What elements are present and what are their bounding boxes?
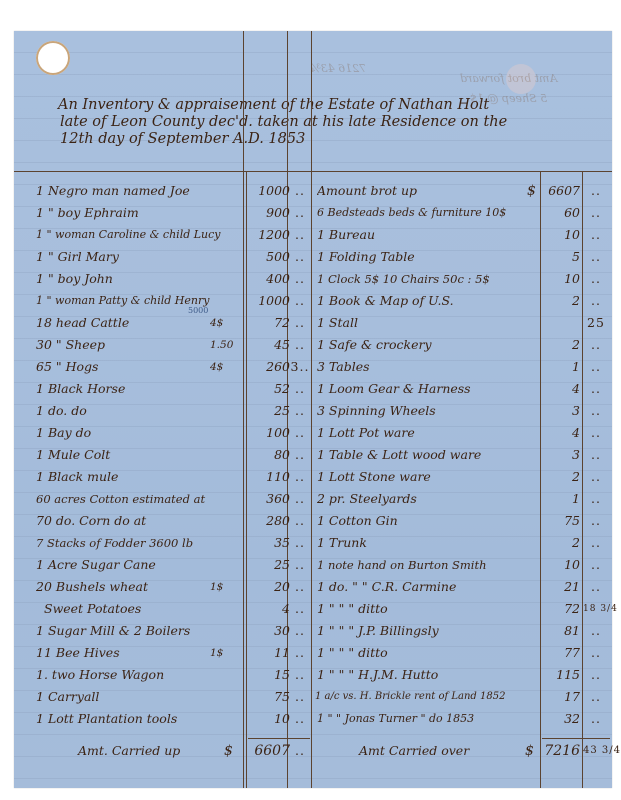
left-row: 1 Mule Colt 80 ..: [14, 444, 311, 466]
item-cents: ..: [290, 576, 310, 598]
qty: 60: [36, 492, 51, 506]
item-value: 4: [246, 598, 290, 620]
item-cents: ..: [290, 532, 310, 554]
item-description: " boy John: [48, 271, 113, 286]
qty: 1: [36, 228, 43, 241]
item-cents: ..: [290, 620, 310, 642]
item-rate: 1.50: [210, 334, 233, 356]
left-row: 1 " boy Ephraim 900 ..: [14, 202, 311, 224]
item-cents: ..: [583, 532, 609, 554]
left-row: 1 Sugar Mill & 2 Boilers 30 ..: [14, 620, 311, 642]
item-value: 360: [246, 488, 290, 510]
item-value: 52: [246, 378, 290, 400]
right-row: 1 Stall 25: [311, 312, 612, 334]
item-cents: ..: [583, 708, 609, 730]
item-value: 25: [246, 400, 290, 422]
left-row: 1 Black Horse 52 ..: [14, 378, 311, 400]
item-value: 5: [540, 246, 580, 268]
item-cents: ..: [583, 664, 609, 686]
item-description: " boy Ephraim: [48, 205, 139, 220]
item-value: 10: [540, 268, 580, 290]
right-row: 1 " " " J.P. Billingsly 81 ..: [311, 620, 612, 642]
item-value: 2: [540, 532, 580, 554]
right-row: 1 Bureau 10 ..: [311, 224, 612, 246]
item-value: 21: [540, 576, 580, 598]
right-row: 1 Loom Gear & Harness 4 ..: [311, 378, 612, 400]
item-cents: ..: [583, 576, 609, 598]
left-row: 7 Stacks of Fodder 3600 lb 35 ..: [14, 532, 311, 554]
item-description: Carryall: [48, 689, 99, 704]
item-description: Lott Plantation tools: [48, 711, 177, 726]
item-cents: ..: [583, 466, 609, 488]
left-row: 18 head Cattle 4$ 72 ..: [14, 312, 311, 334]
item-value: 17: [540, 686, 580, 708]
item-cents: ..: [290, 378, 310, 400]
item-cents: ..: [290, 334, 310, 356]
right-row: 1 Safe & crockery 2 ..: [311, 334, 612, 356]
right-row: Amount brot up $ 6607 ..: [311, 180, 612, 202]
right-row: 1 a/c vs. H. Brickle rent of Land 1852 1…: [311, 686, 612, 708]
item-rate: 4$: [210, 356, 223, 378]
right-row: 3 Tables 1 ..: [311, 356, 612, 378]
item-value: 2: [540, 466, 580, 488]
item-description: 1 Lott Pot ware: [317, 422, 539, 444]
item-value: 25: [246, 554, 290, 576]
item-value: 75: [540, 510, 580, 532]
right-row: 1 " " " ditto 77 ..: [311, 642, 612, 664]
item-description: 1 " " " ditto: [317, 642, 539, 664]
item-cents: 25: [583, 312, 609, 334]
item-cents: ..: [583, 246, 609, 268]
item-cents: ..: [290, 290, 310, 312]
item-value: 72: [540, 598, 580, 620]
right-row: 1 " " " ditto 72 18 3/4: [311, 598, 612, 620]
left-row: 20 Bushels wheat 1$ 20 ..: [14, 576, 311, 598]
item-cents: ..: [583, 356, 609, 378]
item-description: Stacks of Fodder 3600 lb: [47, 536, 193, 550]
qty: 1: [36, 183, 44, 198]
right-total-row: Amt Carried over $ 7216 43 3/4: [311, 740, 612, 762]
dollar-sign: $: [224, 740, 233, 762]
left-row: 1 Negro man named Joe 1000 ..: [14, 180, 311, 202]
item-value: 20: [246, 576, 290, 598]
item-cents: ..: [290, 422, 310, 444]
qty: 1: [36, 557, 44, 572]
item-cents: ..: [290, 510, 310, 532]
item-value: 11: [246, 642, 290, 664]
item-cents: ..: [583, 510, 609, 532]
item-cents: ..: [290, 224, 310, 246]
qty: 1: [36, 425, 44, 440]
qty: 1: [36, 623, 44, 638]
item-value: 280: [246, 510, 290, 532]
item-value: 10: [540, 224, 580, 246]
qty: 65: [36, 359, 52, 374]
right-row: 6 Bedsteads beds & furniture 10$ 60 ..: [311, 202, 612, 224]
left-total-row: Amt. Carried up $ 6607 ..: [14, 740, 311, 762]
item-cents: ..: [583, 400, 609, 422]
left-row: 65 " Hogs 4$ 260 3..: [14, 356, 311, 378]
item-value: 2: [540, 334, 580, 356]
item-cents: ..: [290, 488, 310, 510]
item-description: 1 Bureau: [317, 224, 539, 246]
item-description: 3 Spinning Wheels: [317, 400, 539, 422]
qty: 1: [36, 469, 44, 484]
left-row: 1 " boy John 400 ..: [14, 268, 311, 290]
item-description: 1 Folding Table: [317, 246, 539, 268]
left-row: 1 Bay do 100 ..: [14, 422, 311, 444]
item-value: 10: [246, 708, 290, 730]
item-value: 72: [246, 312, 290, 334]
item-value: 1200: [246, 224, 290, 246]
right-row: 1 Clock 5$ 10 Chairs 50c : 5$ 10 ..: [311, 268, 612, 290]
item-description: Black mule: [48, 469, 118, 484]
item-description: 1 a/c vs. H. Brickle rent of Land 1852: [315, 686, 541, 708]
item-cents: ..: [583, 444, 609, 466]
item-value: 1: [540, 356, 580, 378]
left-row: 1 " Girl Mary 500 ..: [14, 246, 311, 268]
item-cents: ..: [290, 642, 310, 664]
item-description: 1 Book & Map of U.S.: [317, 290, 539, 312]
left-row: 30 " Sheep 1.50 45 ..: [14, 334, 311, 356]
item-description: 2 pr. Steelyards: [317, 488, 539, 510]
item-description: Negro man named Joe: [48, 183, 190, 198]
qty: 7: [36, 536, 43, 550]
item-description: 1 Cotton Gin: [317, 510, 539, 532]
item-value: 10: [540, 554, 580, 576]
item-cents: ..: [583, 180, 609, 202]
item-cents: ..: [290, 312, 310, 334]
item-value: 1000: [246, 180, 290, 202]
item-description: 1 Trunk: [317, 532, 539, 554]
item-cents: ..: [290, 554, 310, 576]
left-row: Sweet Potatoes 4 ..: [14, 598, 311, 620]
right-row: 1 note hand on Burton Smith 10 ..: [311, 554, 612, 576]
right-row: 1 " " " H.J.M. Hutto 115 ..: [311, 664, 612, 686]
item-value: 2: [540, 290, 580, 312]
item-cents: ..: [290, 202, 310, 224]
item-value: 75: [246, 686, 290, 708]
qty: 30: [36, 337, 52, 352]
qty: 70: [36, 513, 52, 528]
item-description: Sweet Potatoes: [44, 601, 141, 616]
document-title: An Inventory & appraisement of the Estat…: [58, 97, 578, 148]
qty: 20: [36, 579, 52, 594]
title-line-3: 12th day of September A.D. 1853: [58, 131, 578, 148]
qty: 18: [36, 315, 52, 330]
item-cents: 18 3/4: [583, 598, 609, 620]
right-row: 1 Lott Stone ware 2 ..: [311, 466, 612, 488]
item-rate: 1$: [210, 642, 223, 664]
item-value: 6607: [540, 180, 580, 202]
total-label: Amt Carried over: [359, 740, 469, 762]
qty: 1: [36, 403, 44, 418]
item-description: " Girl Mary: [48, 249, 119, 264]
punch-hole: [36, 41, 70, 75]
item-cents: ..: [290, 686, 310, 708]
item-description: do. Corn do at: [56, 513, 146, 528]
qty: 1: [36, 294, 43, 307]
item-cents: ..: [583, 620, 609, 642]
item-cents: 3..: [290, 356, 310, 378]
item-value: 260: [246, 356, 290, 378]
left-row: 1 " woman Caroline & child Lucy 1200 ..: [14, 224, 311, 246]
item-value: 3: [540, 444, 580, 466]
item-cents: ..: [583, 268, 609, 290]
left-row: 1 do. do 25 ..: [14, 400, 311, 422]
item-cents: ..: [290, 664, 310, 686]
item-description: Mule Colt: [48, 447, 110, 462]
item-description: " Sheep: [56, 337, 105, 352]
item-value: 1000: [246, 290, 290, 312]
item-description: do. do: [48, 403, 87, 418]
item-description: acres Cotton estimated at: [54, 492, 205, 506]
item-cents: ..: [290, 400, 310, 422]
item-description: 1 do. " " C.R. Carmine: [317, 576, 539, 598]
item-value: 3: [540, 400, 580, 422]
item-rate: 4$: [210, 312, 223, 334]
item-description: Sugar Mill & 2 Boilers: [48, 623, 190, 638]
qty: 1: [36, 381, 44, 396]
item-value: 45: [246, 334, 290, 356]
total-value: 7216: [538, 740, 580, 762]
item-cents: ..: [583, 202, 609, 224]
item-cents: ..: [583, 642, 609, 664]
title-line-1: An Inventory & appraisement of the Estat…: [58, 97, 578, 114]
item-cents: ..: [583, 334, 609, 356]
item-description: 1 " " " J.P. Billingsly: [317, 620, 539, 642]
left-sum-rule: [248, 738, 310, 739]
qty: 1.: [36, 667, 48, 682]
item-description: 1 Clock 5$ 10 Chairs 50c : 5$: [317, 268, 539, 290]
item-cents: ..: [290, 466, 310, 488]
right-row: 1 Trunk 2 ..: [311, 532, 612, 554]
item-cents: ..: [583, 224, 609, 246]
item-value: 900: [246, 202, 290, 224]
item-cents: ..: [583, 488, 609, 510]
item-value: 1: [540, 488, 580, 510]
right-row: 1 do. " " C.R. Carmine 21 ..: [311, 576, 612, 598]
item-description: 1 " " Jonas Turner " do 1853: [317, 708, 539, 730]
dollar-sign: $: [525, 740, 534, 762]
bleed-through-text: Amt brot forward: [460, 72, 557, 85]
right-row: 1 Folding Table 5 ..: [311, 246, 612, 268]
left-row: 1 Carryall 75 ..: [14, 686, 311, 708]
item-description: 1 " " " ditto: [317, 598, 539, 620]
item-cents: ..: [583, 290, 609, 312]
item-description: 3 Tables: [317, 356, 539, 378]
item-cents: ..: [290, 598, 310, 620]
qty: 1: [36, 689, 44, 704]
item-description: 1 note hand on Burton Smith: [317, 554, 539, 576]
left-row: 11 Bee Hives 1$ 11 ..: [14, 642, 311, 664]
item-description: two Horse Wagon: [52, 667, 164, 682]
item-description: 1 " " " H.J.M. Hutto: [317, 664, 539, 686]
item-value: 60: [540, 202, 580, 224]
item-cents: ..: [583, 554, 609, 576]
qty: 1: [36, 271, 44, 286]
qty: 1: [36, 205, 44, 220]
item-description: 1 Table & Lott wood ware: [317, 444, 539, 466]
right-row: 1 Table & Lott wood ware 3 ..: [311, 444, 612, 466]
item-cents: ..: [290, 246, 310, 268]
item-value: 30: [246, 620, 290, 642]
title-line-2: late of Leon County dec'd. taken at his …: [58, 114, 578, 131]
item-value: 80: [246, 444, 290, 466]
left-row: 1 Acre Sugar Cane 25 ..: [14, 554, 311, 576]
item-value: 100: [246, 422, 290, 444]
right-row: 3 Spinning Wheels 3 ..: [311, 400, 612, 422]
header-rule: [14, 171, 612, 172]
item-description: head Cattle: [56, 315, 129, 330]
item-description: Bushels wheat: [56, 579, 148, 594]
right-sum-rule: [542, 738, 610, 739]
left-row: 1 Lott Plantation tools 10 ..: [14, 708, 311, 730]
item-cents: ..: [583, 422, 609, 444]
item-description: 1 Stall: [317, 312, 539, 334]
item-value: 4: [540, 378, 580, 400]
item-cents: ..: [290, 444, 310, 466]
left-row: 1. two Horse Wagon 15 ..: [14, 664, 311, 686]
item-value: 4: [540, 422, 580, 444]
item-cents: ..: [290, 708, 310, 730]
item-description: 1 Safe & crockery: [317, 334, 539, 356]
item-description: " Hogs: [56, 359, 99, 374]
item-value: 15: [246, 664, 290, 686]
right-row: 1 Book & Map of U.S. 2 ..: [311, 290, 612, 312]
item-cents: ..: [290, 268, 310, 290]
item-description: Acre Sugar Cane: [48, 557, 156, 572]
item-value: 32: [540, 708, 580, 730]
item-description: " woman Caroline & child Lucy: [47, 228, 221, 241]
qty: 1: [36, 447, 44, 462]
left-row: 60 acres Cotton estimated at 360 ..: [14, 488, 311, 510]
dollar-sign: $: [527, 180, 536, 202]
left-row: 1 " woman Patty & child Henry 1000 ..: [14, 290, 311, 312]
item-value: 400: [246, 268, 290, 290]
item-cents: ..: [290, 180, 310, 202]
total-cents: 43 3/4: [583, 740, 611, 762]
item-description: 6 Bedsteads beds & furniture 10$: [317, 202, 539, 224]
item-rate: 1$: [210, 576, 223, 598]
item-description: Black Horse: [48, 381, 125, 396]
right-row: 2 pr. Steelyards 1 ..: [311, 488, 612, 510]
right-row: 1 Cotton Gin 75 ..: [311, 510, 612, 532]
bleed-through-text: 7216 43¾: [310, 62, 366, 75]
total-cents: ..: [290, 740, 310, 762]
item-cents: ..: [583, 686, 609, 708]
item-value: 110: [246, 466, 290, 488]
item-cents: ..: [583, 378, 609, 400]
qty: 1: [36, 249, 44, 264]
item-value: 77: [540, 642, 580, 664]
item-description: 1 Loom Gear & Harness: [317, 378, 539, 400]
item-value: 500: [246, 246, 290, 268]
right-row: 1 " " Jonas Turner " do 1853 32 ..: [311, 708, 612, 730]
total-label: Amt. Carried up: [78, 740, 180, 762]
item-value: 81: [540, 620, 580, 642]
qty: 1: [36, 711, 44, 726]
qty: 11: [36, 645, 52, 660]
left-row: 1 Black mule 110 ..: [14, 466, 311, 488]
item-value: 115: [540, 664, 580, 686]
item-description: Bee Hives: [56, 645, 120, 660]
item-description: 1 Lott Stone ware: [317, 466, 539, 488]
right-row: 1 Lott Pot ware 4 ..: [311, 422, 612, 444]
item-value: 35: [246, 532, 290, 554]
item-description: " woman Patty & child Henry: [47, 294, 210, 307]
left-row: 70 do. Corn do at 280 ..: [14, 510, 311, 532]
item-description: Amount brot up: [317, 180, 517, 202]
item-description: Bay do: [48, 425, 91, 440]
total-value: 6607: [242, 740, 290, 762]
